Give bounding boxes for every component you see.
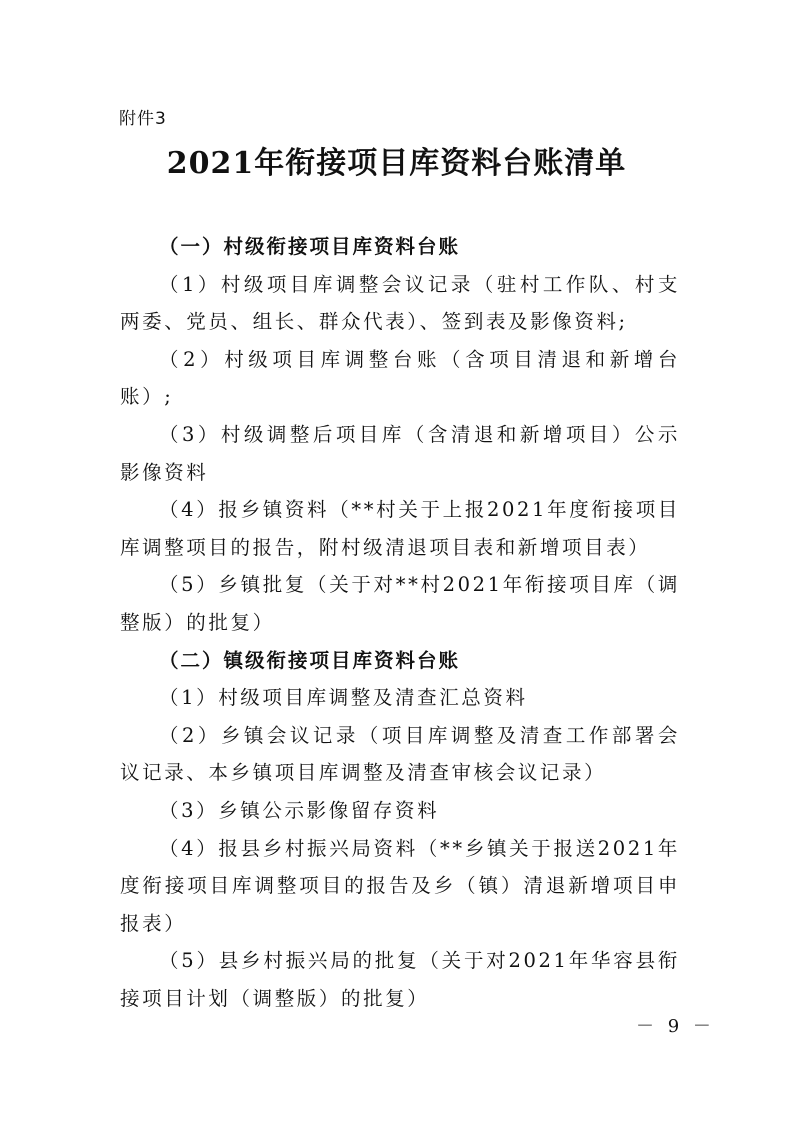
list-item: （3）村级调整后项目库（含清退和新增项目）公示影像资料: [120, 416, 680, 491]
list-item: （2）乡镇会议记录（项目库调整及清查工作部署会议记录、本乡镇项目库调整及清查审核…: [120, 717, 680, 792]
attachment-label: 附件3: [119, 104, 167, 129]
section-heading-town: （二）镇级衔接项目库资料台账: [120, 642, 680, 680]
list-item: （5）县乡村振兴局的批复（关于对2021年华容县衔接项目计划（调整版）的批复）: [120, 942, 680, 1017]
list-item: （3）乡镇公示影像留存资料: [120, 792, 680, 830]
section-heading-village: （一）村级衔接项目库资料台账: [120, 228, 680, 266]
list-item: （2）村级项目库调整台账（含项目清退和新增台账）;: [120, 341, 680, 416]
document-title: 2021年衔接项目库资料台账清单: [0, 142, 793, 186]
page-number: － 9 －: [636, 1012, 715, 1038]
list-item: （4）报乡镇资料（**村关于上报2021年度衔接项目库调整项目的报告，附村级清退…: [120, 491, 680, 566]
list-item: （5）乡镇批复（关于对**村2021年衔接项目库（调整版）的批复）: [120, 566, 680, 641]
list-item: （1）村级项目库调整及清查汇总资料: [120, 679, 680, 717]
list-item: （4）报县乡村振兴局资料（**乡镇关于报送2021年度衔接项目库调整项目的报告及…: [120, 830, 680, 943]
document-body: （一）村级衔接项目库资料台账 （1）村级项目库调整会议记录（驻村工作队、村支两委…: [120, 228, 680, 1017]
list-item: （1）村级项目库调整会议记录（驻村工作队、村支两委、党员、组长、群众代表）、签到…: [120, 266, 680, 341]
